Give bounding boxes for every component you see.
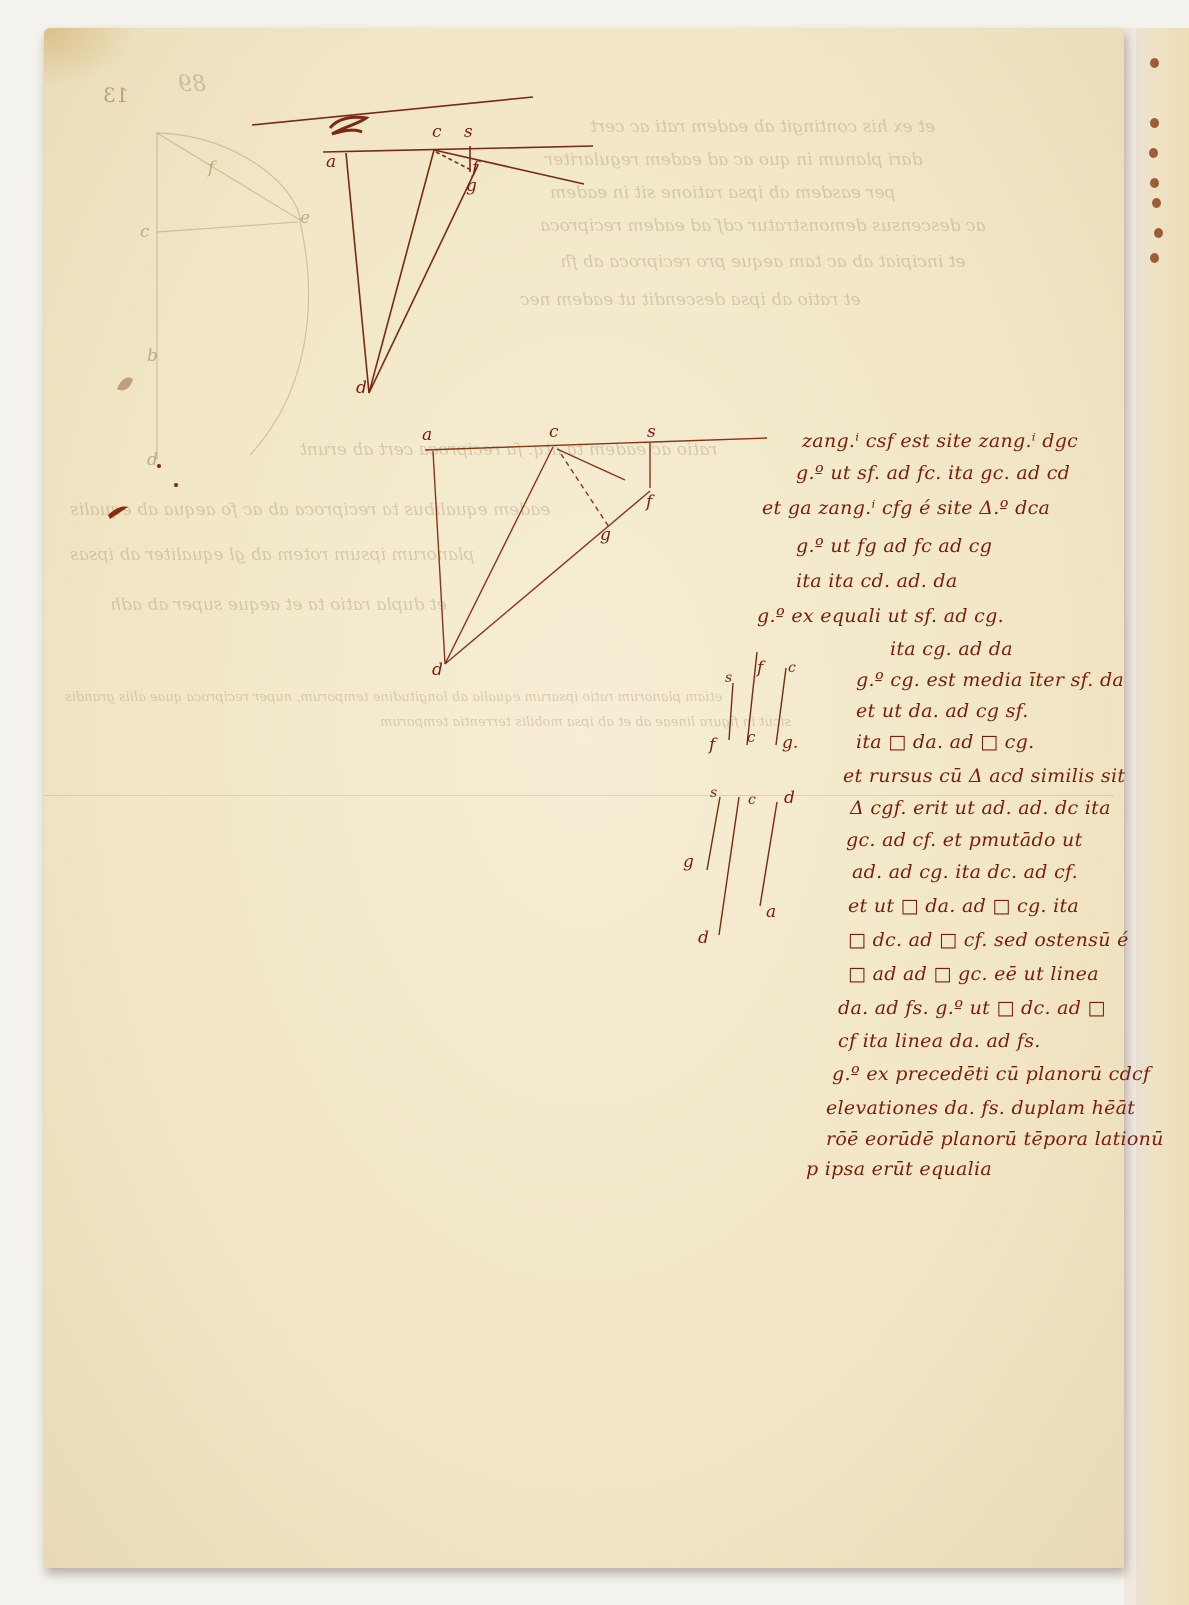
ink-blots (0, 0, 1189, 1605)
